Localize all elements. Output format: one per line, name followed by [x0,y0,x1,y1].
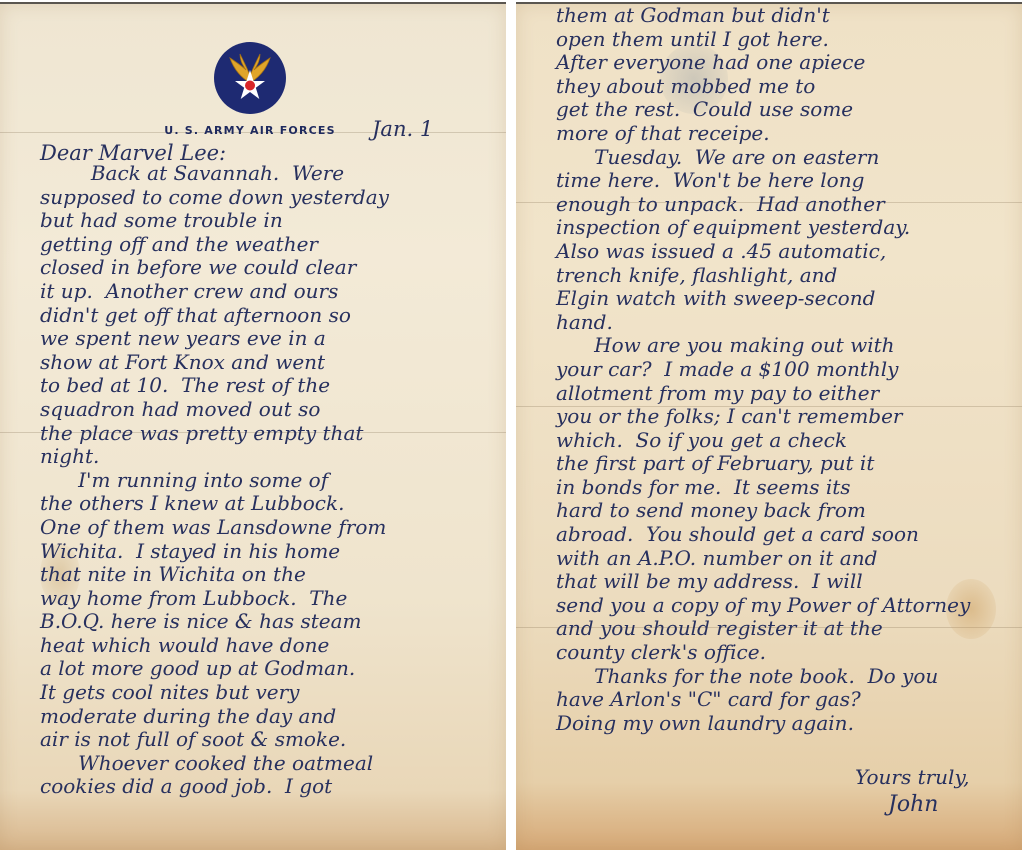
handwritten-line: hard to send money back from [556,499,970,523]
handwritten-line: way home from Lubbock. The [40,587,389,611]
handwritten-line: that will be my address. I will [556,570,970,594]
handwritten-line: night. [40,445,389,469]
handwritten-line: your car? I made a $100 monthly [556,358,970,382]
handwritten-line: heat which would have done [40,634,389,658]
army-air-forces-emblem-icon [214,42,286,114]
closing: Yours truly, [855,766,969,790]
handwritten-line: moderate during the day and [40,705,389,729]
handwritten-line: in bonds for me. It seems its [556,476,970,500]
handwritten-line: cookies did a good job. I got [40,775,389,799]
handwritten-line: How are you making out with [556,334,970,358]
handwritten-line: and you should register it at the [556,617,970,641]
handwritten-line: Whoever cooked the oatmeal [40,752,389,776]
handwritten-line: supposed to come down yesterday [40,186,389,210]
handwritten-line: Back at Savannah. Were [40,162,389,186]
handwritten-line: It gets cool nites but very [40,681,389,705]
handwritten-line: more of that receipe. [556,122,970,146]
handwritten-line: the first part of February, put it [556,452,970,476]
handwritten-line: we spent new years eve in a [40,327,389,351]
handwritten-line: get the rest. Could use some [556,98,970,122]
handwritten-line: send you a copy of my Power of Attorney [556,594,970,618]
handwritten-line: the place was pretty empty that [40,422,389,446]
handwritten-line: Doing my own laundry again. [556,712,970,736]
handwritten-line: didn't get off that afternoon so [40,304,389,328]
handwritten-line: but had some trouble in [40,209,389,233]
handwritten-line: enough to unpack. Had another [556,193,970,217]
handwritten-line: they about mobbed me to [556,75,970,99]
signature: John [888,793,938,817]
handwritten-line: the others I knew at Lubbock. [40,492,389,516]
handwritten-line: them at Godman but didn't [556,4,970,28]
handwritten-line: inspection of equipment yesterday. [556,216,970,240]
handwritten-line: After everyone had one apiece [556,51,970,75]
handwritten-line: with an A.P.O. number on it and [556,547,970,571]
letter-body-page-2: them at Godman but didn'topen them until… [556,4,970,735]
handwritten-line: I'm running into some of [40,469,389,493]
handwritten-line: Tuesday. We are on eastern [556,146,970,170]
handwritten-line: air is not full of soot & smoke. [40,728,389,752]
handwritten-line: county clerk's office. [556,641,970,665]
handwritten-line: a lot more good up at Godman. [40,657,389,681]
handwritten-line: show at Fort Knox and went [40,351,389,375]
handwritten-line: it up. Another crew and ours [40,280,389,304]
handwritten-line: time here. Won't be here long [556,169,970,193]
handwritten-line: closed in before we could clear [40,256,389,280]
letterhead-title: U. S. ARMY AIR FORCES [160,124,340,137]
handwritten-line: Thanks for the note book. Do you [556,665,970,689]
handwritten-line: allotment from my pay to either [556,382,970,406]
handwritten-line: squadron had moved out so [40,398,389,422]
handwritten-line: you or the folks; I can't remember [556,405,970,429]
handwritten-line: that nite in Wichita on the [40,563,389,587]
handwritten-line: Elgin watch with sweep-second [556,287,970,311]
handwritten-line: hand. [556,311,970,335]
handwritten-line: abroad. You should get a card soon [556,523,970,547]
handwritten-line: which. So if you get a check [556,429,970,453]
handwritten-line: One of them was Lansdowne from [40,516,389,540]
handwritten-line: have Arlon's "C" card for gas? [556,688,970,712]
letter-body-page-1: Back at Savannah. Weresupposed to come d… [40,162,389,799]
handwritten-line: Wichita. I stayed in his home [40,540,389,564]
handwritten-line: Also was issued a .45 automatic, [556,240,970,264]
handwritten-line: getting off and the weather [40,233,389,257]
handwritten-line: trench knife, flashlight, and [556,264,970,288]
handwritten-line: open them until I got here. [556,28,970,52]
handwritten-line: B.O.Q. here is nice & has steam [40,610,389,634]
letter-date: Jan. 1 [372,118,433,142]
handwritten-line: to bed at 10. The rest of the [40,374,389,398]
